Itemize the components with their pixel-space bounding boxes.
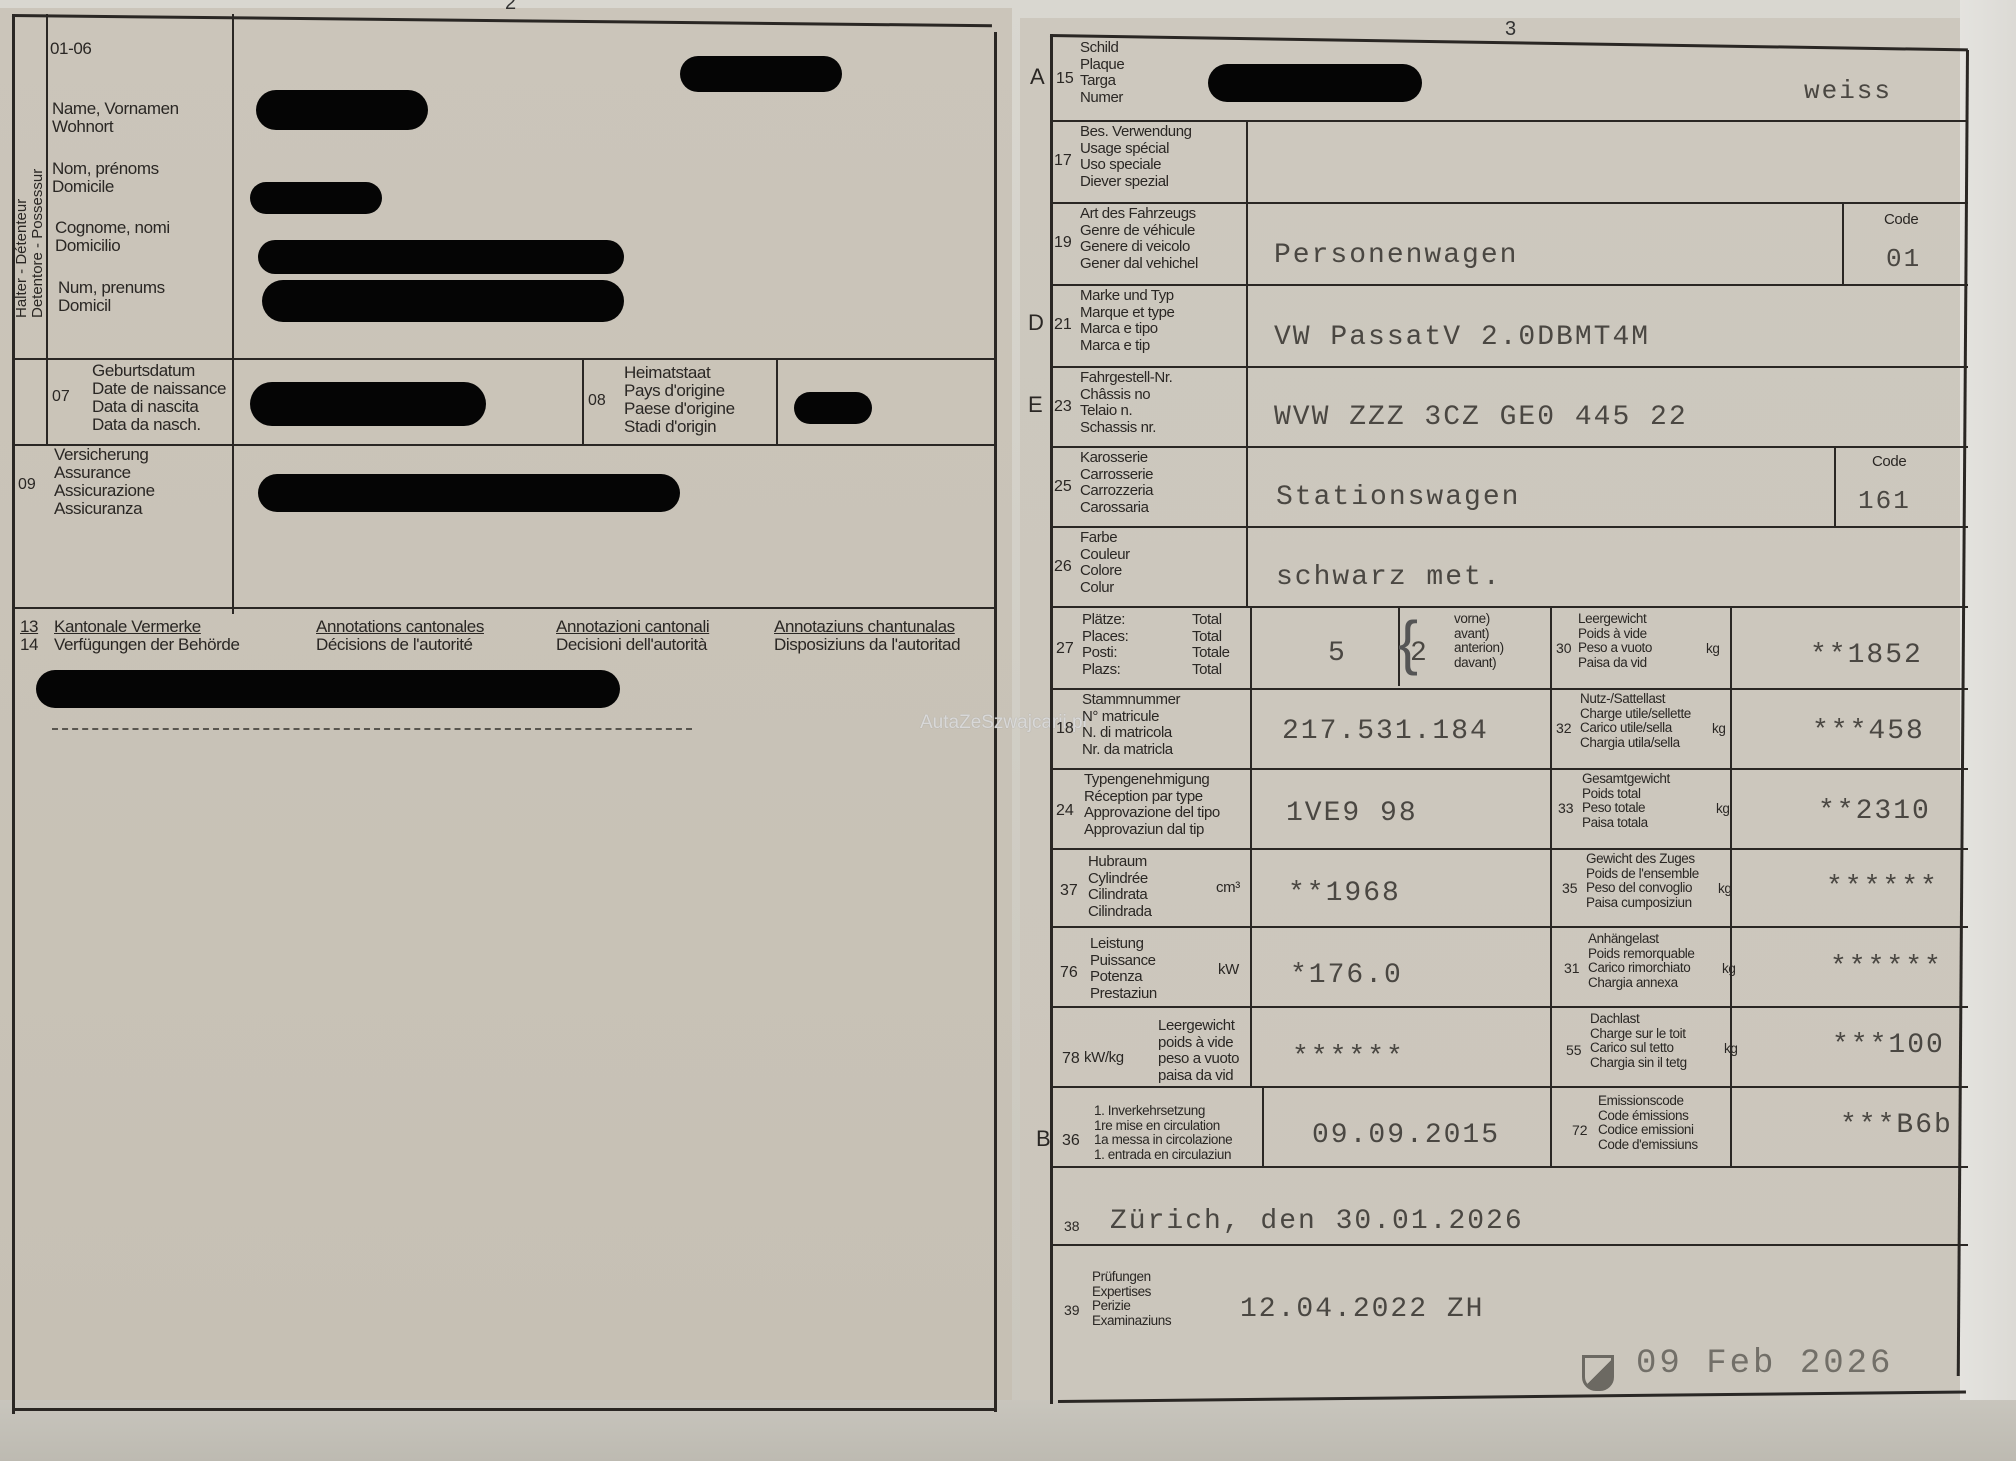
field-num-39: 39 [1064,1302,1080,1318]
field-num-09: 09 [18,476,36,494]
power-weight-unit: kW/kg [1084,1050,1124,1067]
plate-label: SchildPlaqueTargaNumer [1080,40,1124,106]
seats-value: 5 [1328,638,1347,669]
emission-code-value: ***B6b [1840,1110,1953,1141]
chassis-value: WVW ZZZ 3CZ GE0 445 22 [1274,402,1688,433]
empty-weight-label: LeergewichtPoids à videPeso a vuotoPaisa… [1578,612,1652,670]
marker-D: D [1028,310,1044,336]
first-registration-value: 09.09.2015 [1312,1120,1500,1151]
holder-label-rm: Num, prenumsDomicil [58,279,165,315]
empty-weight-unit: kg [1706,642,1719,657]
power-unit: kW [1218,962,1239,979]
color-value: schwarz met. [1276,562,1502,593]
page-number-right: 3 [1505,18,1516,41]
redacted-address-1 [258,240,624,274]
roof-load-unit: kg [1724,1042,1737,1057]
train-weight-label: Gewicht des ZugesPoids de l'ensemblePeso… [1586,852,1699,910]
chassis-label: Fahrgestell-Nr.Châssis noTelaio n.Schass… [1080,370,1172,436]
redacted-domicile [250,182,382,214]
type-approval-value: 1VE9 98 [1286,798,1418,829]
redacted-birthdate [250,382,486,426]
holder-label-fr: Nom, prénomsDomicile [52,160,159,196]
train-weight-value: ****** [1826,872,1939,903]
type-approval-label: TypengenehmigungRéception par typeApprov… [1084,772,1220,838]
inspections-label: PrüfungenExpertisesPerizieExaminaziuns [1092,1270,1171,1328]
front-seats-label: vorne)avant)anterion)davant) [1454,612,1504,670]
marker-A: A [1030,64,1045,90]
roof-load-label: DachlastCharge sur le toitCarico sul tet… [1590,1012,1687,1070]
side-label-2: Detentore - Possessur [30,169,46,318]
field-num-31: 31 [1564,960,1580,976]
vehicle-type-label: Art des FahrzeugsGenre de véhiculeGenere… [1080,206,1198,272]
shield-stamp-icon [1582,1355,1614,1391]
field-num-78: 78 [1062,1050,1080,1068]
seats-total-label: TotalTotalTotaleTotal [1192,612,1230,678]
birth-label: GeburtsdatumDate de naissanceData di nas… [92,362,226,434]
page-number-left: 2 [505,0,516,15]
field-num-38: 38 [1064,1218,1080,1234]
redacted-address-2 [262,280,624,322]
emission-code-label: EmissionscodeCode émissionsCodice emissi… [1598,1094,1698,1152]
field-num-33: 33 [1558,800,1574,816]
payload-value: ***458 [1812,716,1925,747]
body-code-label: Code [1872,454,1906,471]
field-num-17: 17 [1054,152,1072,170]
roof-load-value: ***100 [1832,1030,1945,1061]
field-num-25: 25 [1054,478,1072,496]
payload-unit: kg [1712,722,1725,737]
field-num-76: 76 [1060,964,1078,982]
annotation-de: Kantonale VermerkeVerfügungen der Behörd… [54,618,240,654]
special-use-label: Bes. VerwendungUsage spécialUso speciale… [1080,124,1192,190]
field-num-24: 24 [1056,802,1074,820]
redacted-insurance [258,474,680,512]
redacted-plate [1208,64,1422,102]
trailer-load-value: ****** [1830,952,1943,983]
train-weight-unit: kg [1718,882,1731,897]
power-weight-value: ****** [1292,1042,1405,1073]
side-label-1: Halter - Détenteur [14,199,30,318]
redacted-origin [794,392,872,424]
background-edge [1960,0,2016,1461]
field-num-21: 21 [1054,316,1072,334]
total-weight-label: GesamtgewichtPoids totalPeso totalePaisa… [1582,772,1670,830]
origin-label: HeimatstaatPays d'originePaese d'origine… [624,364,735,436]
field-num-36: 36 [1062,1132,1080,1150]
seats-label: Plätze:Places:Posti:Plazs: [1082,612,1128,678]
marker-B: B [1036,1126,1051,1152]
vehicle-type-code-label: Code [1884,212,1918,229]
vehicle-type-value: Personenwagen [1274,240,1518,271]
field-num-32: 32 [1556,720,1572,736]
field-num-18: 18 [1056,720,1074,738]
holder-label-de: Name, VornamenWohnort [52,100,179,136]
field-num-37: 37 [1060,882,1078,900]
issued-value: Zürich, den 30.01.2026 [1110,1206,1524,1237]
redacted-name [256,90,428,130]
marker-E: E [1028,392,1043,418]
annotation-fr: Annotations cantonalesDécisions de l'aut… [316,618,484,654]
field-num-26: 26 [1054,558,1072,576]
power-value: *176.0 [1290,960,1403,991]
inspections-value: 12.04.2022 ZH [1240,1294,1484,1325]
power-label: LeistungPuissancePotenzaPrestaziun [1090,936,1157,1002]
total-weight-unit: kg [1716,802,1729,817]
total-weight-value: **2310 [1818,796,1931,827]
displacement-unit: cm³ [1216,880,1240,897]
field-num-23: 23 [1054,398,1072,416]
date-stamp: 09 Feb 2026 [1636,1345,1893,1383]
make-label: Marke und TypMarque et typeMarca e tipoM… [1080,288,1174,354]
section-code: 01-06 [50,40,91,58]
plate-color-value: weiss [1804,76,1892,106]
payload-label: Nutz-/SattellastCharge utile/selletteCar… [1580,692,1691,750]
trailer-load-label: AnhängelastPoids remorquableCarico rimor… [1588,932,1695,990]
dashed-line [52,728,692,730]
body-code: 161 [1858,486,1911,516]
displacement-label: HubraumCylindréeCilindrataCilindrada [1088,854,1152,920]
field-num-27: 27 [1056,640,1074,658]
matriculation-label: StammnummerN° matriculeN. di matricolaNr… [1082,692,1180,758]
first-registration-label: 1. Inverkehrsetzung1re mise en circulati… [1094,1104,1232,1162]
field-num-15: 15 [1056,70,1074,88]
make-value: VW PassatV 2.0DBMT4M [1274,322,1650,353]
insurance-label: VersicherungAssuranceAssicurazioneAssicu… [54,446,155,518]
front-seats-value: 2 [1410,638,1429,669]
annotation-it: Annotazioni cantonaliDecisioni dell'auto… [556,618,709,654]
field-num-30: 30 [1556,640,1572,656]
vehicle-type-code: 01 [1886,244,1921,274]
field-num-07: 07 [52,388,70,406]
body-value: Stationswagen [1276,482,1520,513]
power-weight-label: Leergewichtpoids à videpeso a vuotopaisa… [1158,1018,1239,1084]
field-num-72: 72 [1572,1122,1588,1138]
redacted-top [680,56,842,92]
displacement-value: **1968 [1288,878,1401,909]
trailer-load-unit: kg [1722,962,1735,977]
field-num-08: 08 [588,392,606,410]
redacted-annotation [36,670,620,708]
annotation-nums: 1314 [20,618,38,654]
matriculation-value: 217.531.184 [1282,716,1489,747]
holder-label-it: Cognome, nomiDomicilio [55,219,170,255]
annotation-rm: Annotaziuns chantunalasDisposiziuns da l… [774,618,960,654]
field-num-35: 35 [1562,880,1578,896]
empty-weight-value: **1852 [1810,640,1923,671]
field-num-55: 55 [1566,1042,1582,1058]
field-num-19: 19 [1054,234,1072,252]
body-label: KarosserieCarrosserieCarrozzeriaCarossar… [1080,450,1153,516]
color-label: FarbeCouleurColoreColur [1080,530,1130,596]
